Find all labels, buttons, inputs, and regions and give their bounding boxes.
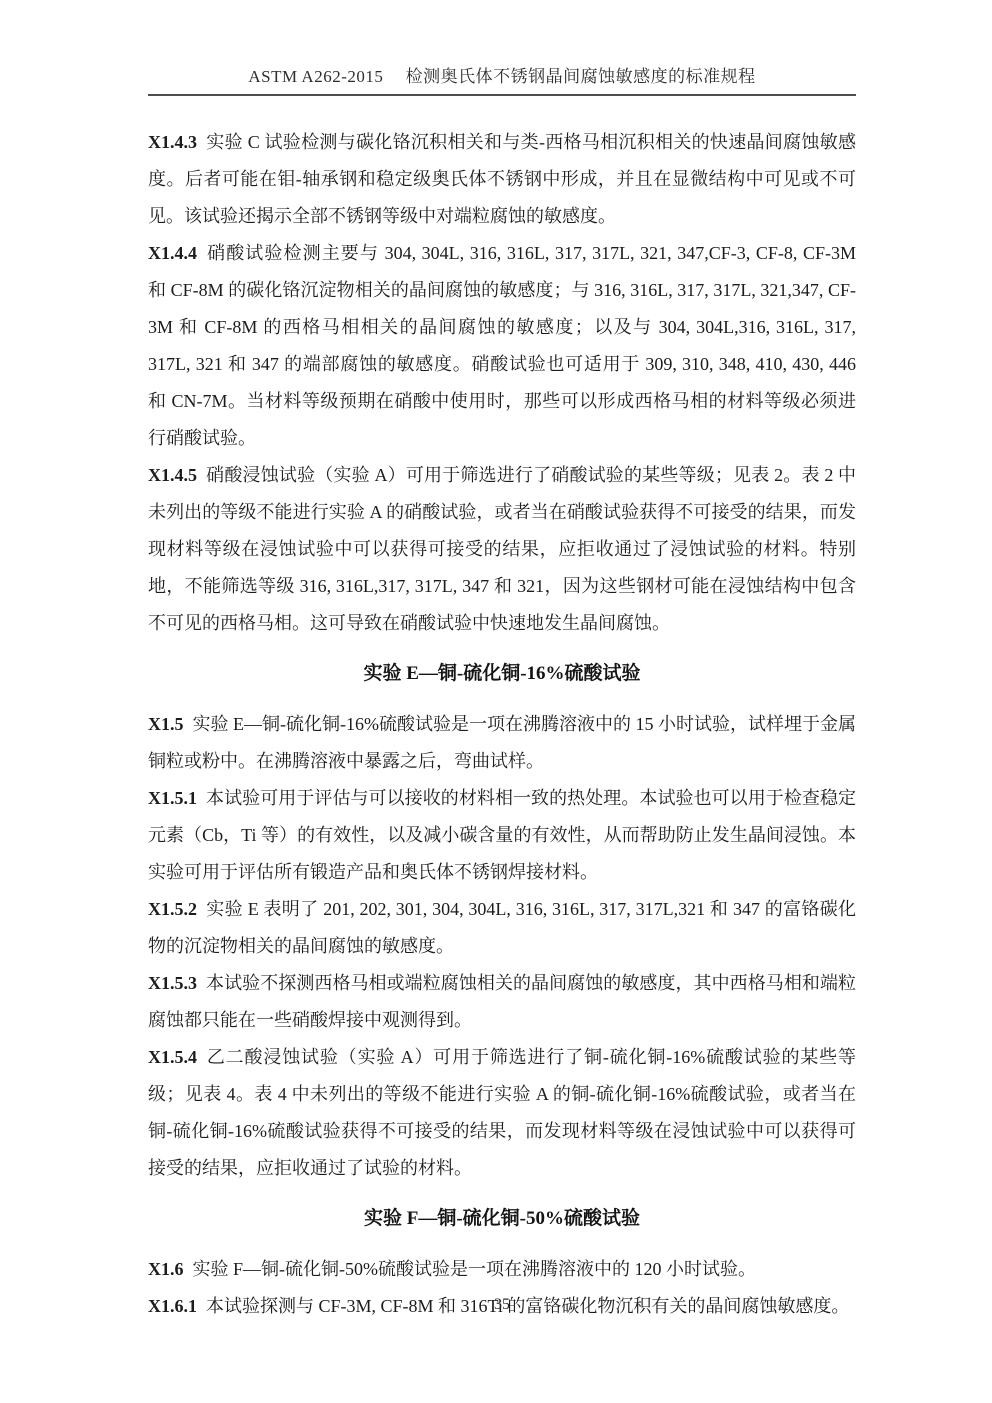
page-number: 35 [148,1296,856,1314]
section-number: X1.6 [148,1259,184,1279]
section-heading-test-e: 实验 E—铜-硫化铜-16%硫酸试验 [148,652,856,696]
paragraph-x1-5-2: X1.5.2实验 E 表明了 201, 202, 301, 304, 304L,… [148,891,856,965]
section-number: X1.5.2 [148,899,197,919]
paragraph-x1-5-3: X1.5.3本试验不探测西格马相或端粒腐蚀相关的晶间腐蚀的敏感度，其中西格马相和… [148,965,856,1039]
paragraph-x1-5: X1.5实验 E—铜-硫化铜-16%硫酸试验是一项在沸腾溶液中的 15 小时试验… [148,706,856,780]
section-number: X1.4.3 [148,132,197,152]
section-heading-test-f: 实验 F—铜-硫化铜-50%硫酸试验 [148,1197,856,1241]
document-page: ASTM A262-2015 检测奥氏体不锈钢晶间腐蚀敏感度的标准规程 X1.4… [0,0,992,1403]
section-number: X1.5.1 [148,788,197,808]
section-text: 本试验不探测西格马相或端粒腐蚀相关的晶间腐蚀的敏感度，其中西格马相和端粒腐蚀都只… [148,973,856,1030]
section-text: 硝酸试验检测主要与 304, 304L, 316, 316L, 317, 317… [148,243,856,448]
document-body: X1.4.3实验 C 试验检测与碳化铬沉积相关和与类-西格马相沉积相关的快速晶间… [148,124,856,1325]
section-number: X1.5.4 [148,1047,197,1067]
header-title: ASTM A262-2015 检测奥氏体不锈钢晶间腐蚀敏感度的标准规程 [148,66,856,88]
section-text: 实验 C 试验检测与碳化铬沉积相关和与类-西格马相沉积相关的快速晶间腐蚀敏感度。… [148,132,856,226]
section-number: X1.5 [148,714,184,734]
section-text: 本试验可用于评估与可以接收的材料相一致的热处理。本试验也可以用于检查稳定元素（C… [148,788,856,882]
section-text: 实验 F—铜-硫化铜-50%硫酸试验是一项在沸腾溶液中的 120 小时试验。 [193,1259,757,1279]
paragraph-x1-4-4: X1.4.4硝酸试验检测主要与 304, 304L, 316, 316L, 31… [148,235,856,457]
section-text: 实验 E 表明了 201, 202, 301, 304, 304L, 316, … [148,899,856,956]
section-number: X1.4.5 [148,465,197,485]
section-text: 实验 E—铜-硫化铜-16%硫酸试验是一项在沸腾溶液中的 15 小时试验，试样埋… [148,714,856,771]
paragraph-x1-6: X1.6实验 F—铜-硫化铜-50%硫酸试验是一项在沸腾溶液中的 120 小时试… [148,1251,856,1288]
section-text: 硝酸浸蚀试验（实验 A）可用于筛选进行了硝酸试验的某些等级；见表 2。表 2 中… [148,465,856,633]
page-header: ASTM A262-2015 检测奥氏体不锈钢晶间腐蚀敏感度的标准规程 [148,66,856,96]
section-number: X1.4.4 [148,243,197,263]
paragraph-x1-5-4: X1.5.4乙二酸浸蚀试验（实验 A）可用于筛选进行了铜-硫化铜-16%硫酸试验… [148,1039,856,1187]
header-rule [148,94,856,96]
section-number: X1.5.3 [148,973,197,993]
section-text: 乙二酸浸蚀试验（实验 A）可用于筛选进行了铜-硫化铜-16%硫酸试验的某些等级；… [148,1047,856,1178]
paragraph-x1-5-1: X1.5.1本试验可用于评估与可以接收的材料相一致的热处理。本试验也可以用于检查… [148,780,856,891]
paragraph-x1-4-3: X1.4.3实验 C 试验检测与碳化铬沉积相关和与类-西格马相沉积相关的快速晶间… [148,124,856,235]
paragraph-x1-4-5: X1.4.5硝酸浸蚀试验（实验 A）可用于筛选进行了硝酸试验的某些等级；见表 2… [148,457,856,642]
